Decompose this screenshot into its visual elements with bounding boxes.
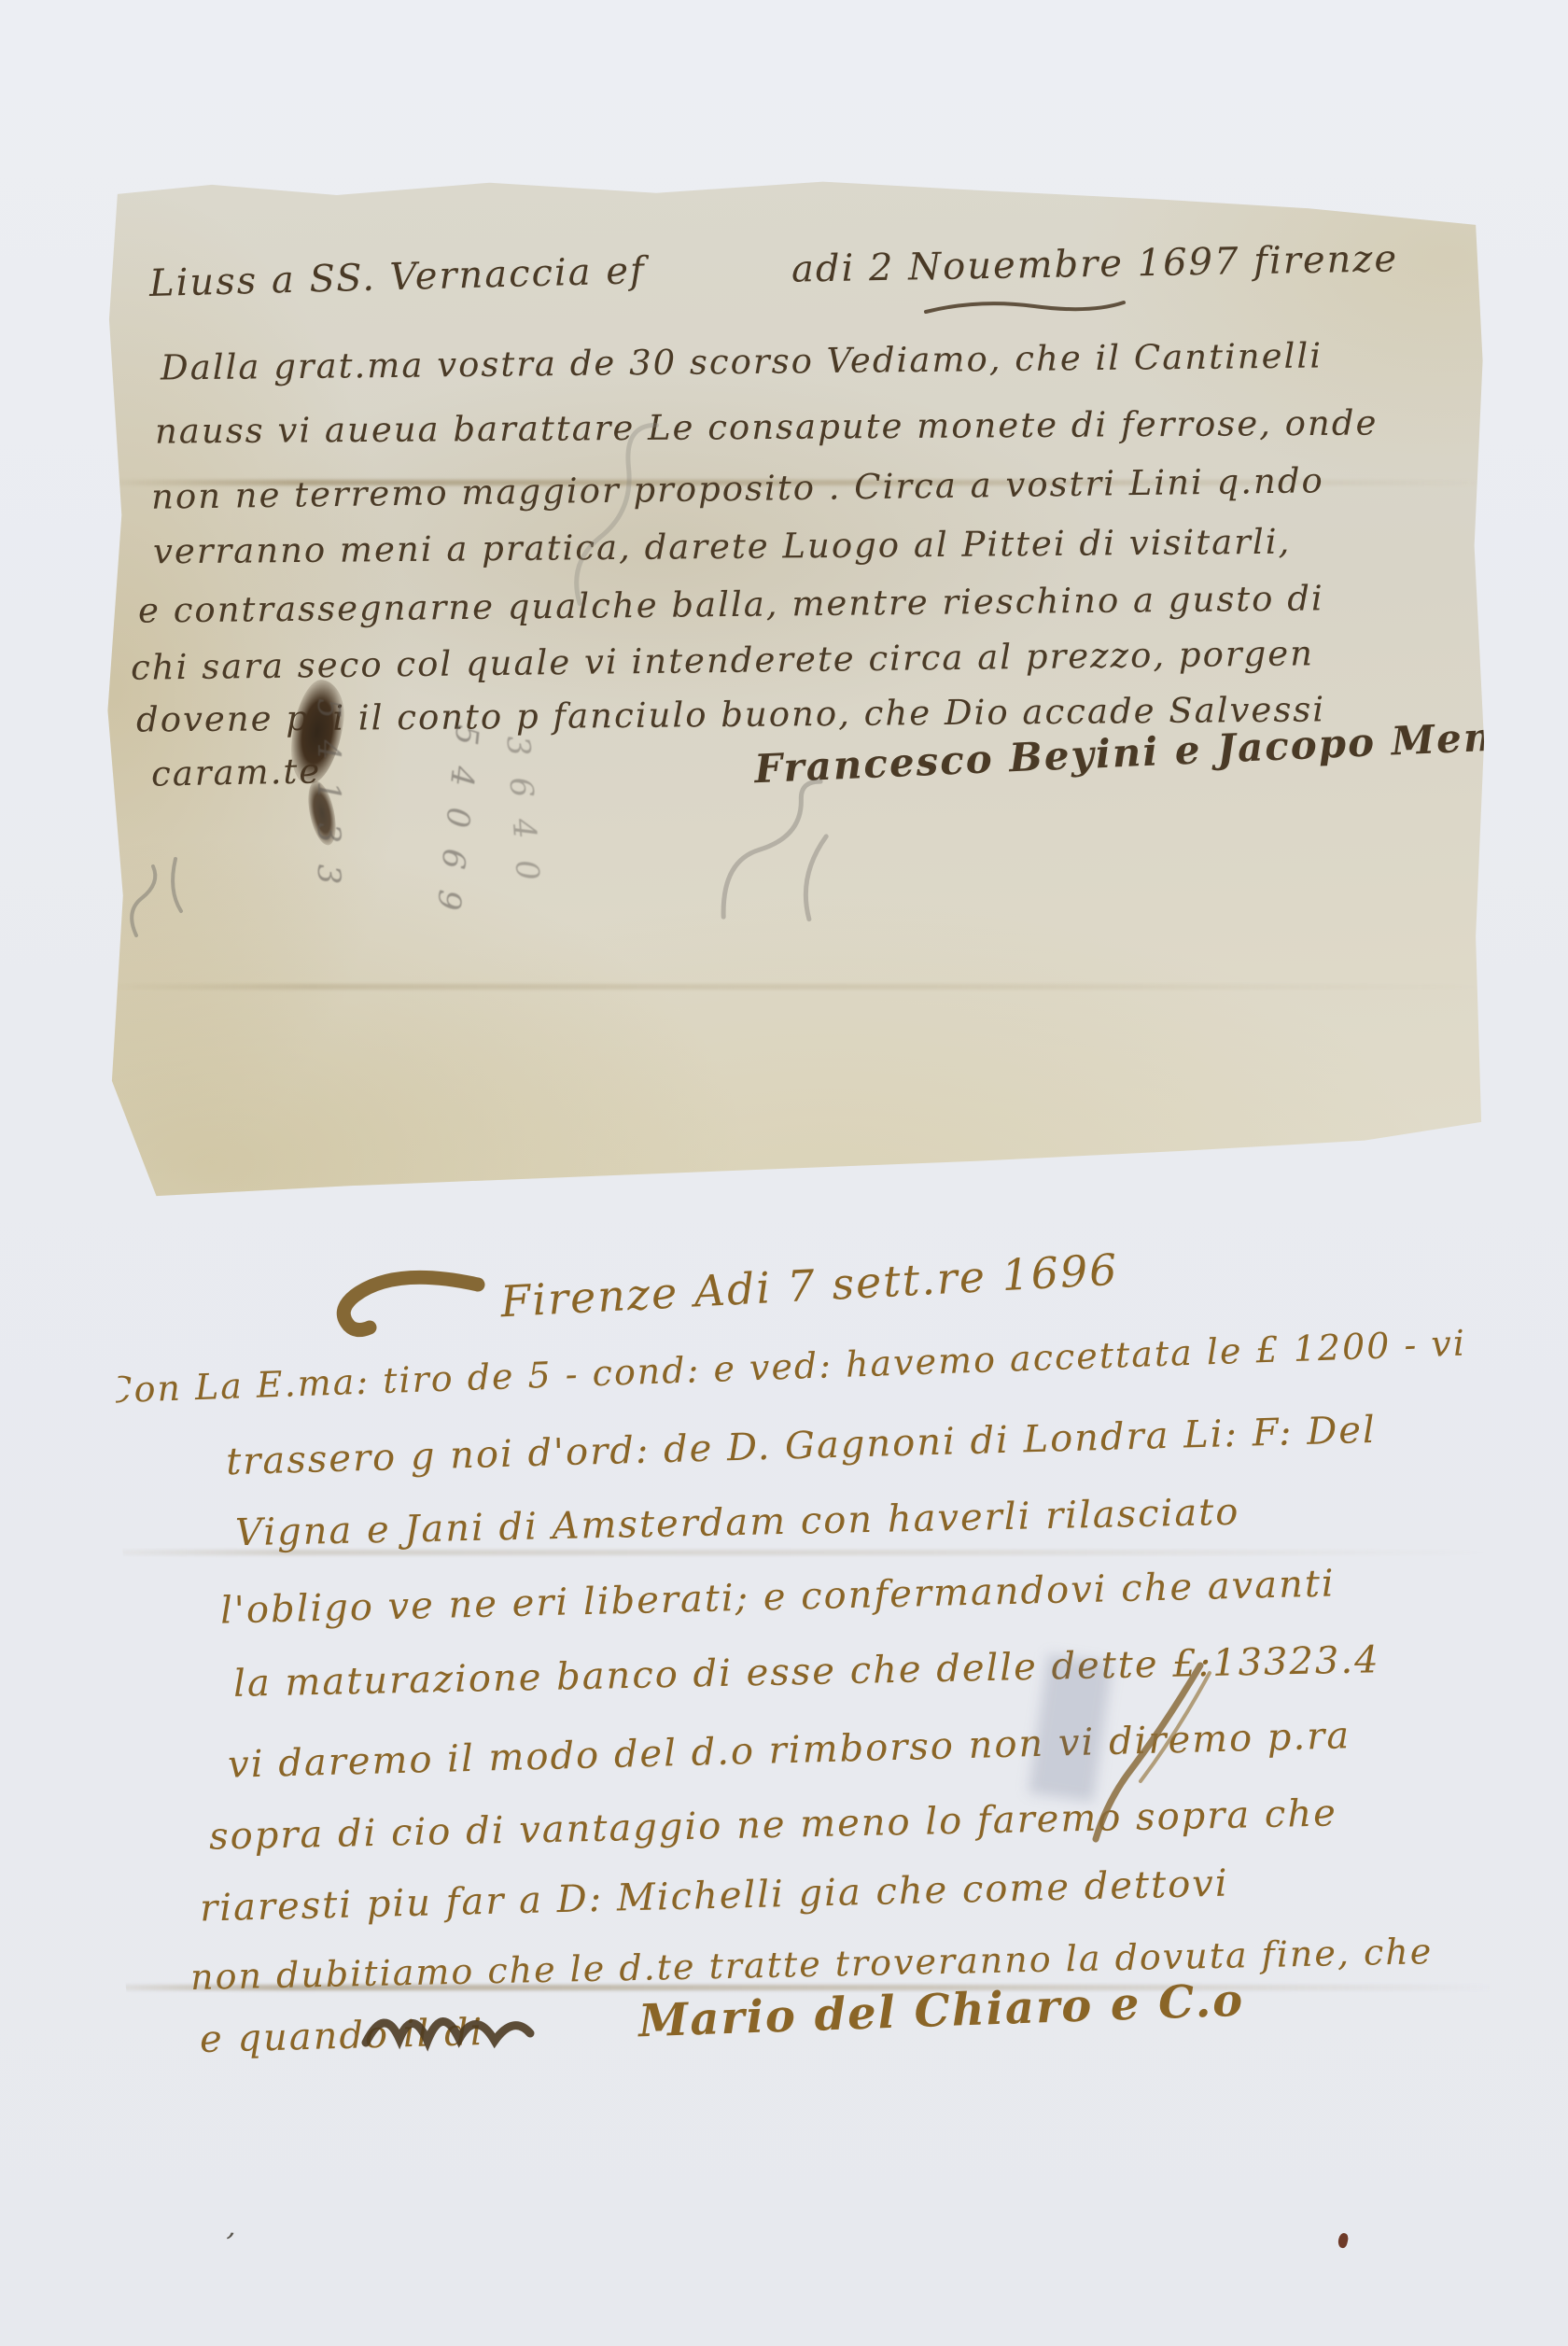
letter1-addressee: Liuss a SS. Vernaccia ef: [148, 249, 646, 305]
letter2-line: l'obligo ve ne eri liberati; e conferman…: [220, 1562, 1337, 1632]
letter2-dateline: Firenze Adi 7 sett.re 1696: [499, 1244, 1120, 1328]
letter1-dateline: adi 2 Nouembre 1697 firenze: [791, 237, 1399, 290]
repair-fiber-mark: [1086, 1660, 1217, 1847]
fold-crease: [101, 984, 1490, 990]
letter2-line: Con La E.ma: tiro de 5 - cond: e ved: ha…: [105, 1323, 1467, 1412]
letter-sheet-2-surface: Firenze Adi 7 sett.re 1696 Con La E.ma: …: [78, 1221, 1499, 2297]
letter2-line: riaresti piu far a D: Michelli gia che c…: [200, 1862, 1230, 1931]
bleedthrough-numerals: 5 4 0 6 9: [428, 723, 485, 917]
letter1-line: nauss vi aueua barattare Le consapute mo…: [155, 402, 1379, 451]
letter1-line: non ne terremo maggior proposito . Circa…: [151, 460, 1324, 517]
letter-sheet-1: Liuss a SS. Vernaccia ef adi 2 Nouembre …: [101, 176, 1490, 1204]
bleedthrough-numerals: 5 4 1 3 3: [310, 698, 347, 890]
letter1-line: chi sara seco col quale vi intenderete c…: [131, 633, 1314, 687]
flourish-stroke: [329, 1264, 487, 1348]
letter-sheet-2: Firenze Adi 7 sett.re 1696 Con La E.ma: …: [78, 1221, 1499, 2297]
bleedthrough-numerals: 3 6 4 0: [498, 735, 546, 887]
letter1-line: verranno meni a pratica, darete Luogo al…: [153, 522, 1292, 572]
letter-sheet-1-surface: Liuss a SS. Vernaccia ef adi 2 Nouembre …: [101, 176, 1490, 1204]
ink-scribble: [358, 1992, 536, 2058]
letter1-line: Dalla grat.ma vostra de 30 scorso Vediam…: [161, 335, 1323, 387]
date-underline-flourish: [922, 295, 1127, 323]
letter1-line: e contrassegnarne qualche balla, mentre …: [138, 578, 1324, 630]
letter2-line: trassero g noi d'ord: de D. Gagnoni di L…: [226, 1409, 1378, 1483]
bleedthrough-mark: [119, 846, 231, 948]
letter2-line: Vigna e Jani di Amsterdam con haverli ri…: [235, 1491, 1240, 1555]
